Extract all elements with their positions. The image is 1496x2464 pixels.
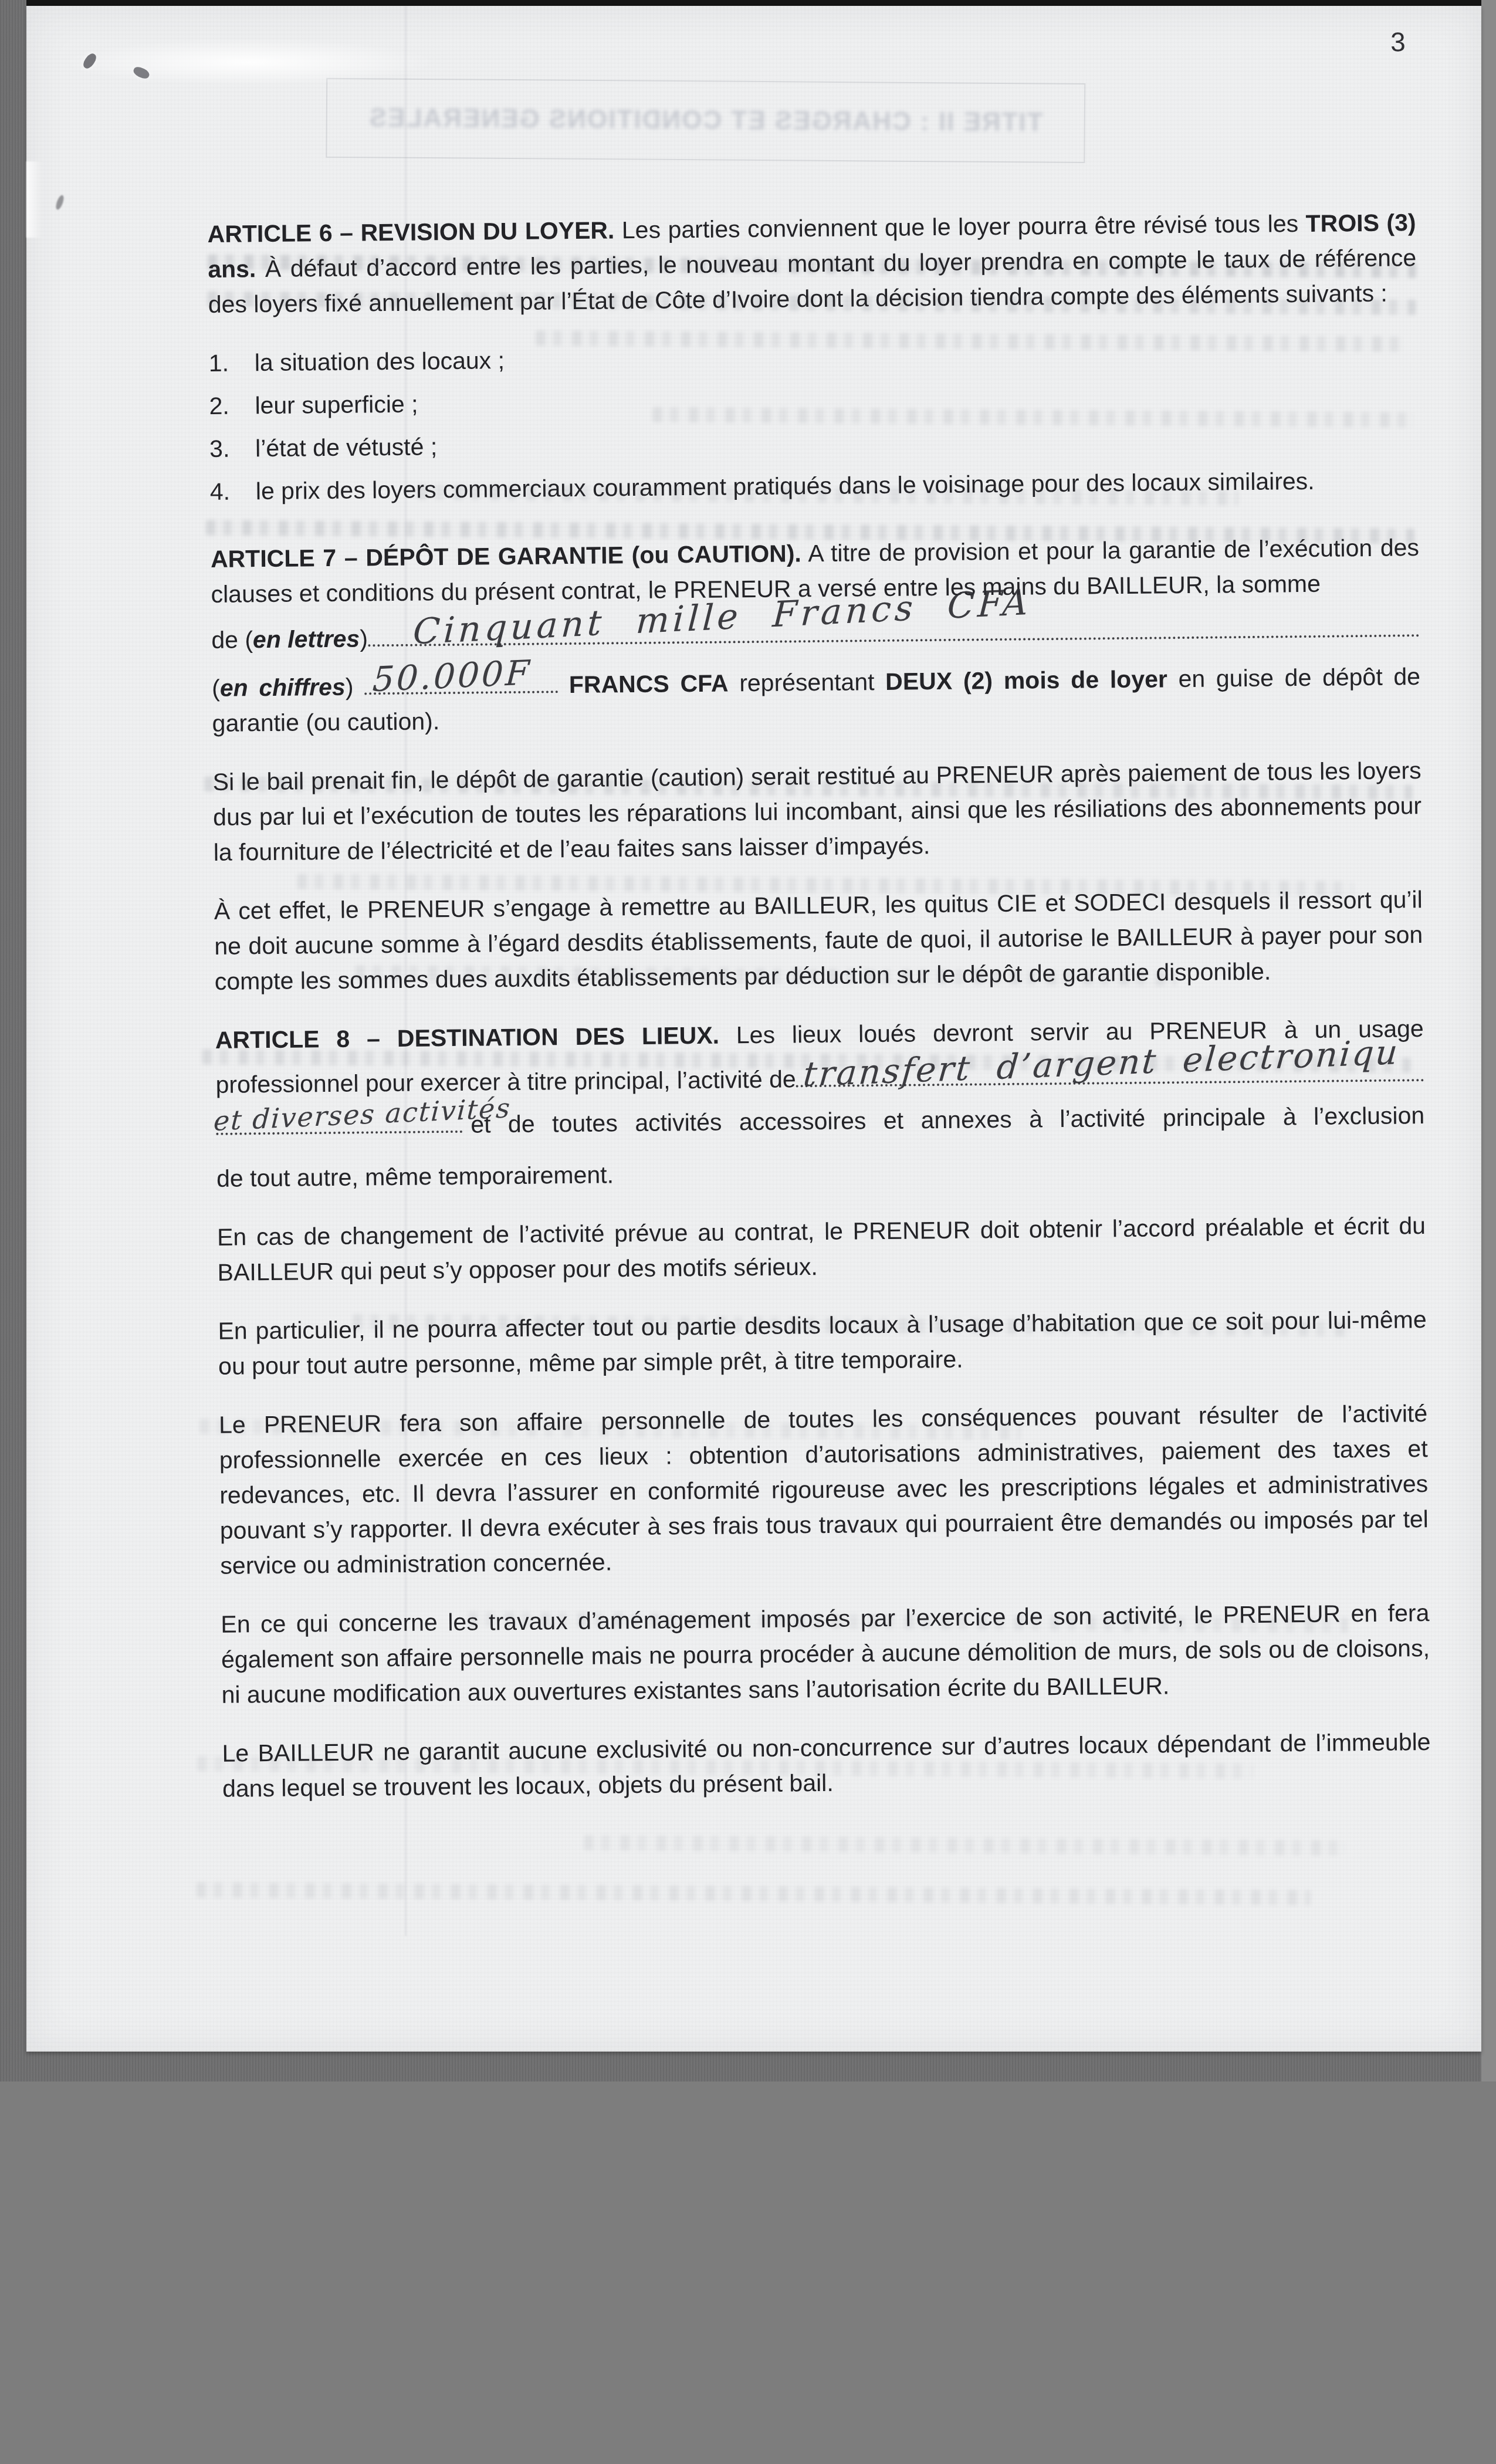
francs-cfa-bold: FRANCS CFA [569,669,729,698]
activity-row-2: et diverses activités et de toutes activ… [216,1098,1424,1145]
list-item: 1.la situation des locaux ; [209,334,1417,381]
article-8-continuation: et de toutes activités accessoires et an… [471,1098,1425,1142]
list-item-text: l’état de vétusté ; [255,429,438,466]
scanned-lease-page: TITRE II : CHARGES ET CONDITIONS GENERAL… [0,0,1496,2464]
article-6-list: 1.la situation des locaux ; 2.leur super… [209,334,1419,509]
dotted-fill-line: Cinquant mille Francs CFA [368,629,1420,647]
page-content: 3 ARTICLE 6 – REVISION DU LOYER. Les par… [26,0,1496,2059]
article-8-continuation-2: de tout autre, même temporairement. [216,1149,1425,1196]
amount-in-figures-paragraph: (en chiffres) 50.000F FRANCS CFA représe… [212,659,1421,741]
list-item: 3.l’état de vétusté ; [209,419,1418,466]
list-item-text: la situation des locaux ; [255,343,505,380]
dotted-fill-line: transfert d’argent electroniqu [796,1074,1424,1087]
article-8-paragraph-3: En particulier, il ne pourra affecter to… [218,1302,1427,1384]
document-page: TITRE II : CHARGES ET CONDITIONS GENERAL… [26,6,1481,2052]
list-item-text: leur superficie ; [255,387,418,424]
list-item: 2.leur superficie ; [209,377,1417,424]
chiffres-label: en chiffres [220,673,346,702]
page-number: 3 [1390,24,1406,59]
article-6-intro: Les parties conviennent que le loyer pou… [614,210,1306,243]
list-item-text: le prix des loyers commerciaux courammen… [256,463,1315,509]
list-item-number: 2. [209,388,255,424]
dotted-fill-line: 50.000F [364,686,558,695]
list-item-number: 1. [209,345,255,381]
deux-mois-bold: DEUX (2) mois de loyer [885,665,1167,695]
article-8-heading: ARTICLE 8 – DESTINATION DES LIEUX. [215,1022,720,1054]
list-item-number: 3. [209,431,256,466]
lettres-close: ) [360,621,368,656]
lettres-open: de ( [211,622,253,658]
amount-in-words-row: de (en lettres) Cinquant mille Francs CF… [211,611,1420,658]
lettres-label: en lettres [253,621,360,657]
article-8-paragraph-6: Le BAILLEUR ne garantit aucune exclusivi… [222,1724,1431,1806]
article-8-paragraph-4: Le PRENEUR fera son affaire personnelle … [219,1396,1429,1583]
article-6-heading: ARTICLE 6 – REVISION DU LOYER. [207,216,614,248]
chiffres-close: ) [346,673,365,700]
article-6-rest: À défaut d’accord entre les parties, le … [208,244,1417,318]
chiffres-open: ( [212,675,220,702]
article-8-paragraph-5: En ce qui concerne les travaux d’aménage… [221,1595,1430,1712]
handwritten-amount-figures: 50.000F [371,655,533,697]
representant-text: représentant [728,668,885,697]
dotted-fill-line: et diverses activités [216,1126,462,1135]
list-item: 4.le prix des loyers commerciaux couramm… [210,462,1419,509]
list-item-number: 4. [210,473,256,509]
article-7-paragraph-2: Si le bail prenait fin, le dépôt de gara… [212,753,1422,870]
article-8-paragraph-2: En cas de changement de l’activité prévu… [217,1208,1426,1290]
article-7-paragraph-3: À cet effet, le PRENEUR s’engage à remet… [214,882,1423,999]
article-7-heading: ARTICLE 7 – DÉPÔT DE GARANTIE (ou CAUTIO… [211,540,801,573]
article-6-paragraph: ARTICLE 6 – REVISION DU LOYER. Les parti… [207,205,1417,322]
